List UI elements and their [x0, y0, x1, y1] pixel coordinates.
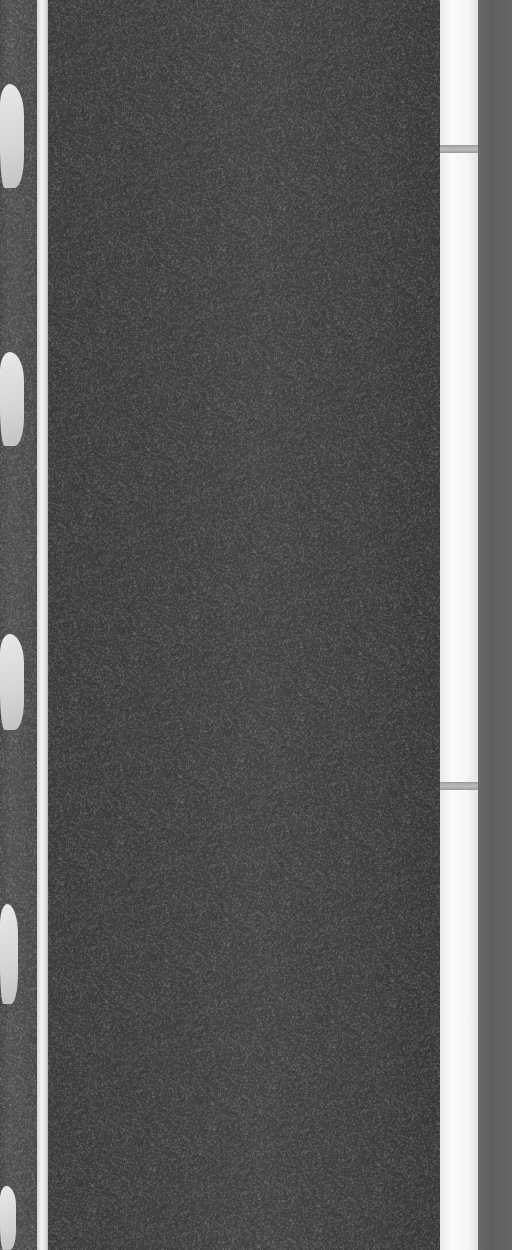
line-joint: [440, 782, 478, 790]
chevron-marking: [0, 634, 24, 730]
right-shoulder: [478, 0, 512, 1250]
chevron-marking: [0, 904, 18, 1004]
road-scene: [0, 0, 512, 1250]
left-edge-line: [37, 0, 48, 1250]
chevron-marking: [0, 1186, 16, 1250]
line-joint: [440, 145, 478, 153]
chevron-marking: [0, 84, 24, 188]
asphalt-texture: [0, 0, 512, 1250]
right-lane-line: [440, 0, 478, 1250]
chevron-marking: [0, 352, 24, 446]
